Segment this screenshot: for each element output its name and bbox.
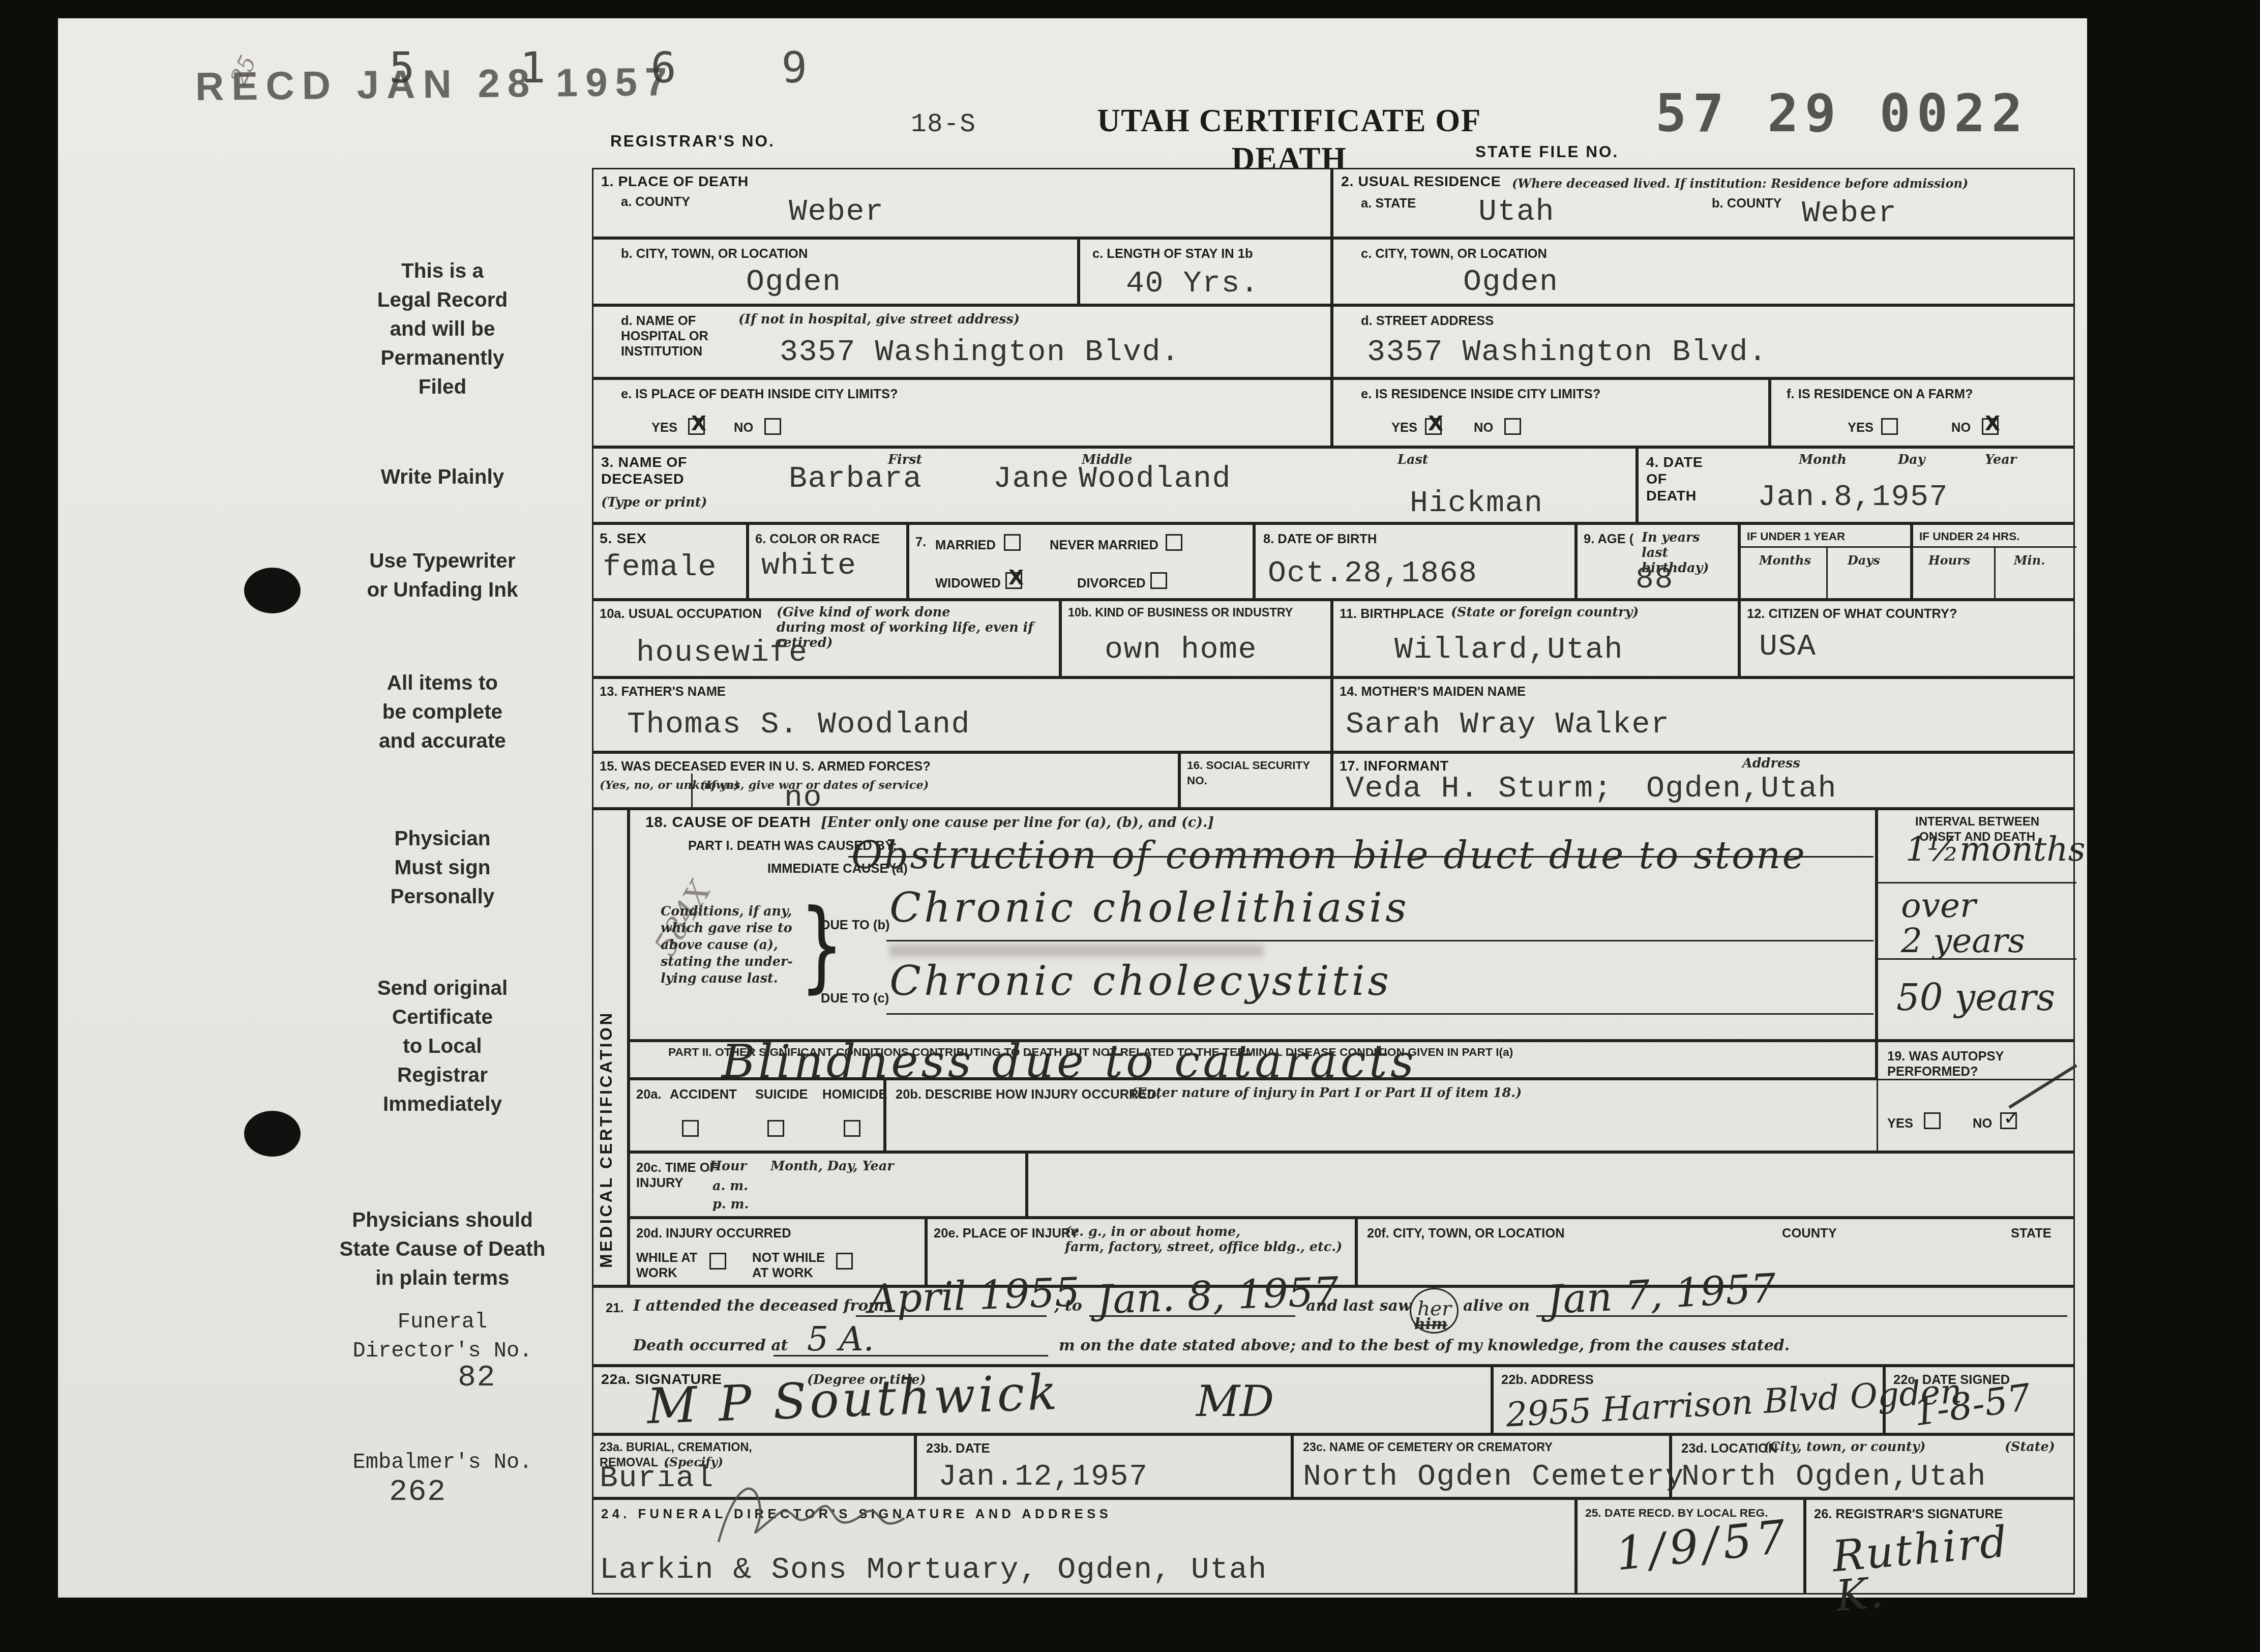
checkbox-res-city-yes: X [1425, 418, 1442, 435]
field-if-under-24-hrs: IF UNDER 24 HRS. Hours Min. [1912, 523, 2075, 600]
field-other-significant-conditions: PART II. OTHER SIGNIFICANT CONDITIONS CO… [629, 1041, 1877, 1079]
field-fathers-name: 13. FATHER'S NAME Thomas S. Woodland [592, 677, 1332, 752]
stamp-digits: 5 1 6 9 [389, 43, 847, 93]
field-sex: 5. SEX female [592, 523, 748, 600]
field-describe-injury: 20b. DESCRIBE HOW INJURY OCCURRED. (Ente… [885, 1079, 2075, 1152]
field-residence-on-farm: f. IS RESIDENCE ON A FARM? YES NO X [1770, 378, 2075, 447]
handwritten-part2: Blindness due to cataracts [722, 1044, 1417, 1083]
state-file-number-stamp: 57 29 0022 [1655, 84, 2029, 145]
field-hospital-name: d. NAME OF HOSPITAL OR INSTITUTION (If n… [592, 305, 1332, 378]
handwritten-interval-b: over 2 years [1901, 890, 2025, 960]
curly-bracket: } [800, 890, 844, 1004]
scanned-death-certificate: 25 RECD JAN 28 1957 5 1 6 9 REGISTRAR'S … [0, 0, 2259, 1652]
margin-note-complete: All items to be complete and accurate [244, 668, 641, 755]
field-citizen-of: 12. CITIZEN OF WHAT COUNTRY? USA [1739, 600, 2075, 677]
handwritten-last-alive: Jan 7, 1957 [1546, 1270, 1777, 1321]
handwritten-attended-from: April 1955 [868, 1274, 1081, 1320]
checkbox-widowed: X [1005, 572, 1022, 589]
field-cause-of-death: 18. CAUSE OF DEATH [Enter only one cause… [629, 809, 1877, 1041]
field-usual-occupation: 10a. USUAL OCCUPATION (Give kind of work… [592, 600, 1060, 677]
margin-note-plain-terms: Physicians should State Cause of Death i… [244, 1205, 641, 1292]
field-residence-inside-city-limits: e. IS RESIDENCE INSIDE CITY LIMITS? YES … [1332, 378, 1770, 447]
conditions-note: Conditions, if any, which gave rise to a… [661, 905, 793, 989]
state-file-label: STATE FILE NO. [1475, 145, 1619, 162]
registrar-no-label: REGISTRAR'S NO. [610, 134, 775, 151]
checkbox-homicide [844, 1120, 860, 1137]
checkbox-while-at-work [709, 1253, 726, 1270]
margin-note-send-original: Send original Certificate to Local Regis… [244, 973, 641, 1118]
handwritten-interval-a: 1½months [1906, 832, 2086, 871]
medical-certification-strip: MEDICAL CERTIFICATION [592, 809, 629, 1286]
field-death-city: b. CITY, TOWN, OR LOCATION Ogden [592, 238, 1079, 305]
checkbox-divorced [1150, 572, 1167, 589]
field-date-of-birth: 8. DATE OF BIRTH Oct.28,1868 [1254, 523, 1576, 600]
field-social-security: 16. SOCIAL SECURITY NO. [1179, 752, 1332, 809]
handwritten-cause-c: Chronic cholecystitis [889, 963, 1392, 1002]
handwritten-cause-b: Chronic cholelithiasis [889, 890, 1410, 929]
field-residence-street: d. STREET ADDRESS 3357 Washington Blvd. [1332, 305, 2075, 378]
field-date-received-local-registrar: 25. DATE RECD. BY LOCAL REG. 1/9/57 [1576, 1498, 1805, 1595]
checkbox-suicide [767, 1120, 784, 1137]
margin-note-physician-sign: Physician Must sign Personally [244, 824, 641, 911]
handwritten-md: MD [1196, 1382, 1274, 1422]
checkbox-death-city-yes: X [688, 418, 705, 435]
embalmer-no-label: Embalmer's No. [244, 1450, 641, 1479]
handwritten-attended-to: Jan. 8, 1957 [1096, 1273, 1340, 1321]
checkbox-not-while-at-work [836, 1253, 853, 1270]
field-mothers-maiden-name: 14. MOTHER'S MAIDEN NAME Sarah Wray Walk… [1332, 677, 2075, 752]
funeral-director-signature-flourish [624, 1454, 1082, 1550]
field-name-of-deceased: 3. NAME OF DECEASED (Type or print) Firs… [592, 447, 1637, 523]
field-time-of-injury-blank [1027, 1152, 2075, 1218]
field-usual-residence: 2. USUAL RESIDENCE (Where deceased lived… [1332, 168, 2075, 238]
checkbox-farm-no: X [1982, 418, 1999, 435]
field-accident-suicide-homicide: 20a. ACCIDENT SUICIDE HOMICIDE [629, 1079, 885, 1152]
funeral-director-no-value: 82 [458, 1363, 496, 1396]
field-residence-city: c. CITY, TOWN, OR LOCATION Ogden [1332, 238, 2075, 305]
certificate-title: UTAH CERTIFICATE OF DEATH [1037, 102, 1541, 179]
field-funeral-director: 24. FUNERAL DIRECTOR'S SIGNATURE AND ADD… [592, 1498, 1576, 1595]
field-date-of-death: 4. DATE OF DEATH Month Day Year Jan.8,19… [1637, 447, 2075, 523]
handwritten-date-received: 1/9/57 [1614, 1518, 1792, 1576]
scan-edge-top [0, 0, 2259, 18]
scan-edge-right [2087, 0, 2259, 1652]
field-interval-onset-death: INTERVAL BETWEEN ONSET AND DEATH 1½month… [1877, 809, 2075, 1041]
field-color-or-race: 6. COLOR OR RACE white [748, 523, 908, 600]
medical-certification-label: MEDICAL CERTIFICATION [600, 841, 616, 1268]
field-cemetery-name: 23c. NAME OF CEMETERY OR CREMATORY North… [1292, 1434, 1671, 1498]
field-armed-forces: 15. WAS DECEASED EVER IN U. S. ARMED FOR… [592, 752, 1179, 809]
funeral-director-no-label: Funeral Director's No. [244, 1309, 641, 1367]
embalmer-no-value: 262 [389, 1477, 447, 1511]
field-informant: 17. INFORMANT Address Veda H. Sturm; Ogd… [1332, 752, 2075, 809]
margin-note-write-plainly: Write Plainly [244, 462, 641, 491]
field-birthplace: 11. BIRTHPLACE (State or foreign country… [1332, 600, 1739, 677]
field-place-of-death-county: 1. PLACE OF DEATH a. COUNTY Weber [592, 168, 1332, 238]
field-marital-status: 7. MARRIED NEVER MARRIED WIDOWED X DIVOR… [908, 523, 1254, 600]
registrar-no-value: 18-S [911, 110, 976, 143]
field-attended-statement: 21. I attended the deceased from April 1… [592, 1286, 2075, 1366]
field-if-under-1-year: IF UNDER 1 YEAR Months Days [1739, 523, 1912, 600]
field-kind-of-business: 10b. KIND OF BUSINESS OR INDUSTRY own ho… [1060, 600, 1332, 677]
scan-edge-left [0, 0, 58, 1652]
checkbox-accident [682, 1120, 699, 1137]
checkbox-farm-yes [1881, 418, 1898, 435]
margin-note-legal-record: This is a Legal Record and will be Perma… [244, 256, 641, 401]
field-date-signed: 22c. DATE SIGNED 1-8-57 [1884, 1366, 2075, 1434]
checkbox-death-city-no [764, 418, 781, 435]
field-cemetery-location: 23d. LOCATION (City, town, or county) (S… [1671, 1434, 2075, 1498]
handwritten-physician-signature: M P Southwick [646, 1372, 1061, 1426]
field-time-of-injury: 20c. TIME OF INJURY Hour a. m. p. m. Mon… [629, 1152, 1027, 1218]
field-injury-occurred: 20d. INJURY OCCURRED WHILE AT WORK NOT W… [629, 1218, 926, 1286]
checkbox-never-married [1166, 534, 1182, 551]
checkbox-married [1004, 534, 1021, 551]
field-physician-address: 22b. ADDRESS 2955 Harrison Blvd Ogden [1492, 1366, 1884, 1434]
field-death-inside-city-limits: e. IS PLACE OF DEATH INSIDE CITY LIMITS?… [592, 378, 1332, 447]
smudge [889, 945, 1263, 957]
field-age: 9. AGE ( In years last birthday) 88 [1576, 523, 1739, 600]
field-length-of-stay: c. LENGTH OF STAY IN 1b 40 Yrs. [1079, 238, 1332, 305]
field-physician-signature: 22a. SIGNATURE (Degree or title) M P Sou… [592, 1366, 1492, 1434]
field-registrar-signature: 26. REGISTRAR'S SIGNATURE Ruthird K. [1805, 1498, 2075, 1595]
handwritten-interval-c: 50 years [1896, 978, 2055, 1018]
margin-note-typewriter: Use Typewriter or Unfading Ink [244, 546, 641, 604]
checkbox-res-city-no [1504, 418, 1521, 435]
